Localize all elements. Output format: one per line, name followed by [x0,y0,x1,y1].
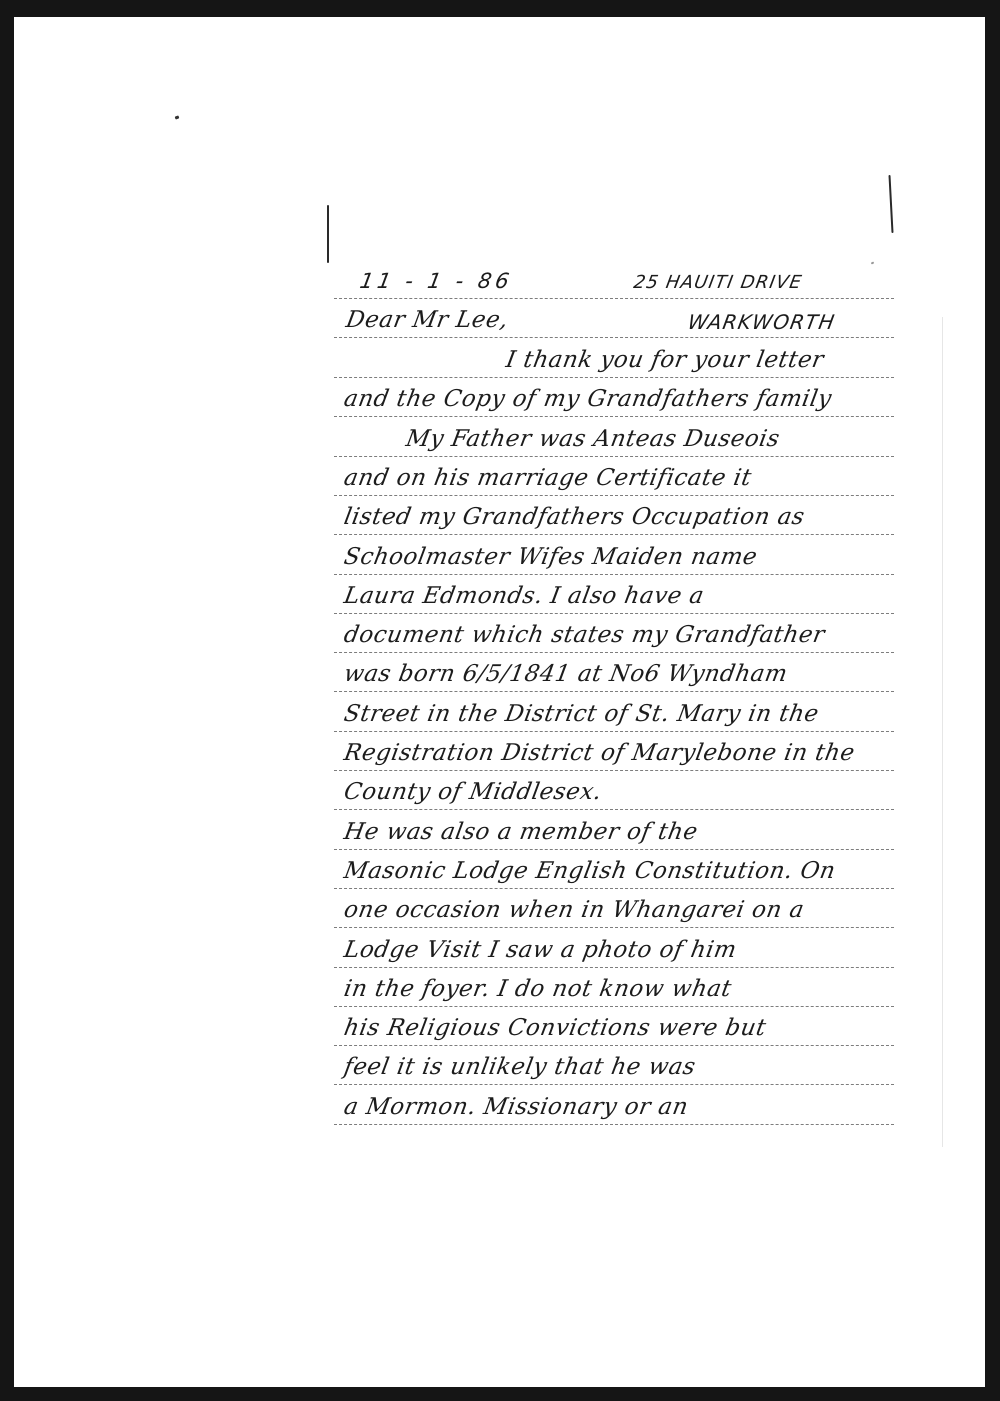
ruled-line [334,967,894,968]
address-line-1: 25 HAUITI DRIVE [632,272,804,293]
ruled-line [334,377,894,378]
letter-line: a Mormon. Missionary or an [342,1094,690,1120]
letter-line: one occasion when in Whangarei on a [342,897,806,923]
left-edge-mark [327,205,329,263]
letter-line: Registration District of Marylebone in t… [342,740,857,766]
ruled-line [334,731,894,732]
ruled-line [334,770,894,771]
ruled-line [334,849,894,850]
right-edge-mark [888,175,893,233]
letter-line: County of Middlesex. [342,779,604,805]
ruled-line [334,927,894,928]
letter-line: Masonic Lodge English Constitution. On [342,858,838,884]
letter-line: My Father was Anteas Duseois [404,426,782,452]
salutation: Dear Mr Lee, [344,307,510,333]
letter-line: He was also a member of the [342,819,700,845]
ruled-line [334,652,894,653]
ruled-line [334,534,894,535]
letter-line: listed my Grandfathers Occupation as [342,504,807,530]
letter-line: feel it is unlikely that he was [342,1054,698,1080]
ruled-line [334,1084,894,1085]
scan-speck [175,115,180,119]
ruled-line [334,888,894,889]
letter-line: Lodge Visit I saw a photo of him [342,937,739,963]
ruled-line [334,495,894,496]
ruled-line [334,809,894,810]
ruled-line [334,691,894,692]
letter-body: 11 - 1 - 86 25 HAUITI DRIVE Dear Mr Lee,… [334,255,928,1135]
letter-line: his Religious Convictions were but [342,1015,768,1041]
letter-line: Laura Edmonds. I also have a [342,583,706,609]
letter-line: document which states my Grandfather [342,622,827,648]
address-line-2: WARKWORTH [686,310,837,334]
letter-line: in the foyer. I do not know what [342,976,734,1002]
ruled-line [334,1045,894,1046]
letter-line: I thank you for your letter [504,347,826,373]
letter-line: and on his marriage Certificate it [342,465,754,491]
letter-date: 11 - 1 - 86 [358,269,515,293]
ruled-line [334,1006,894,1007]
ruled-line [334,298,894,299]
copied-sheet-edge [942,317,943,1147]
letter-line: and the Copy of my Grandfathers family [342,386,834,412]
ruled-line [334,337,894,338]
ruled-line [334,1124,894,1125]
letter-line: Street in the District of St. Mary in th… [342,701,821,727]
letter-line: was born 6/5/1841 at No6 Wyndham [342,661,790,687]
ruled-line [334,613,894,614]
ruled-line [334,416,894,417]
letter-line: Schoolmaster Wifes Maiden name [342,544,759,570]
ruled-line [334,456,894,457]
ruled-line [334,574,894,575]
